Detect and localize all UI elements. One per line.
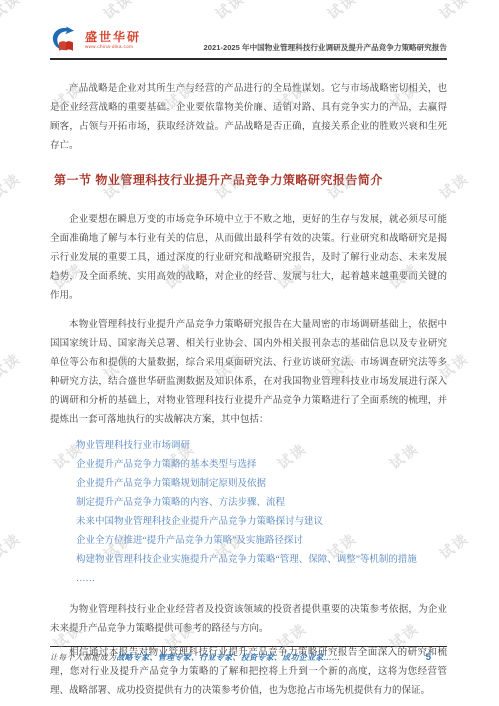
report-body: 产品战略是企业对其所生产与经营的产品进行的全局性谋划。它与市场战略密切相关，也是… — [50, 64, 447, 701]
page-number: 5 — [426, 652, 447, 663]
watermark-text: 试读 — [0, 348, 25, 383]
watermark-text: 试读 — [211, 0, 249, 24]
watermark-text: 试读 — [99, 0, 137, 24]
page-footer: 让每个人都能成为战略专家、管理专家、行业专家、投资专家、成功企业家…… 5 — [50, 646, 447, 663]
contents-item: 企业全方位推进“提升产品竞争力策略”及实施路径探讨 — [76, 532, 447, 551]
watermark-text: 试读 — [435, 0, 473, 24]
watermark-text: 试读 — [0, 168, 25, 203]
report-header-title: 2021-2025 年中国物业管理科技行业调研及提升产品竞争力策略研究报告 — [141, 42, 447, 54]
contents-item: 未来中国物业管理科技企业提升产品竞争力策略探讨与建议 — [76, 513, 447, 532]
contents-item: 构建物业管理科技企业实施提升产品竞争力策略“管理、保障、调整”等机制的措施 — [76, 551, 447, 570]
footer-slogan-prefix: 让每个人都能成为 — [50, 653, 116, 662]
contents-item: 企业提升产品竞争力策略的基本类型与选择 — [76, 456, 447, 475]
contents-item-ellipsis: …… — [76, 570, 447, 589]
page-header: 盛世华研 www.china-dika.com 2021-2025 年中国物业管… — [50, 26, 447, 60]
report-page: 试读试读试读试读试读试读试读试读试读试读试读试读试读试读试读试读试读试读试读试读… — [0, 0, 499, 706]
paragraph-report-method: 本物业管理科技行业提升产品竞争力策略研究报告在大量周密的市场调研基础上，依据中国… — [50, 316, 447, 430]
contents-item: 制定提升产品竞争力策略的内容、方法步骤、流程 — [76, 494, 447, 513]
watermark-text: 试读 — [323, 0, 361, 24]
paragraph-decision-reference: 为物业管理科技行业企业经营者及投资该领域的投资者提供重要的决策参考依据，为企业未… — [50, 601, 447, 639]
footer-slogan-highlight: 战略专家、管理专家、行业专家、投资专家、成功企业家…… — [116, 653, 340, 662]
footer-slogan: 让每个人都能成为战略专家、管理专家、行业专家、投资专家、成功企业家…… — [50, 652, 340, 663]
watermark-text: 试读 — [0, 0, 25, 24]
contents-item: 物业管理科技行业市场调研 — [76, 437, 447, 456]
logo-company-name: 盛世华研 — [85, 31, 141, 43]
section-heading: 第一节 物业管理科技行业提升产品竞争力策略研究报告简介 — [54, 171, 447, 188]
contents-item: 企业提升产品竞争力策略规划制定原则及依据 — [76, 475, 447, 494]
report-contents-list: 物业管理科技行业市场调研 企业提升产品竞争力策略的基本类型与选择 企业提升产品竞… — [50, 437, 447, 589]
logo-text-block: 盛世华研 www.china-dika.com — [85, 31, 141, 50]
logo-website: www.china-dika.com — [85, 45, 141, 50]
watermark-text: 试读 — [0, 528, 25, 563]
paragraph-industry-research: 企业要想在瞬息万变的市场竞争环境中立于不败之地，更好的生存与发展，就必须尽可能全… — [50, 211, 447, 306]
company-logo: 盛世华研 www.china-dika.com — [50, 26, 141, 54]
paragraph-product-strategy: 产品战略是企业对其所生产与经营的产品进行的全局性谋划。它与市场战略密切相关，也是… — [50, 80, 447, 156]
logo-book-icon — [50, 26, 82, 54]
